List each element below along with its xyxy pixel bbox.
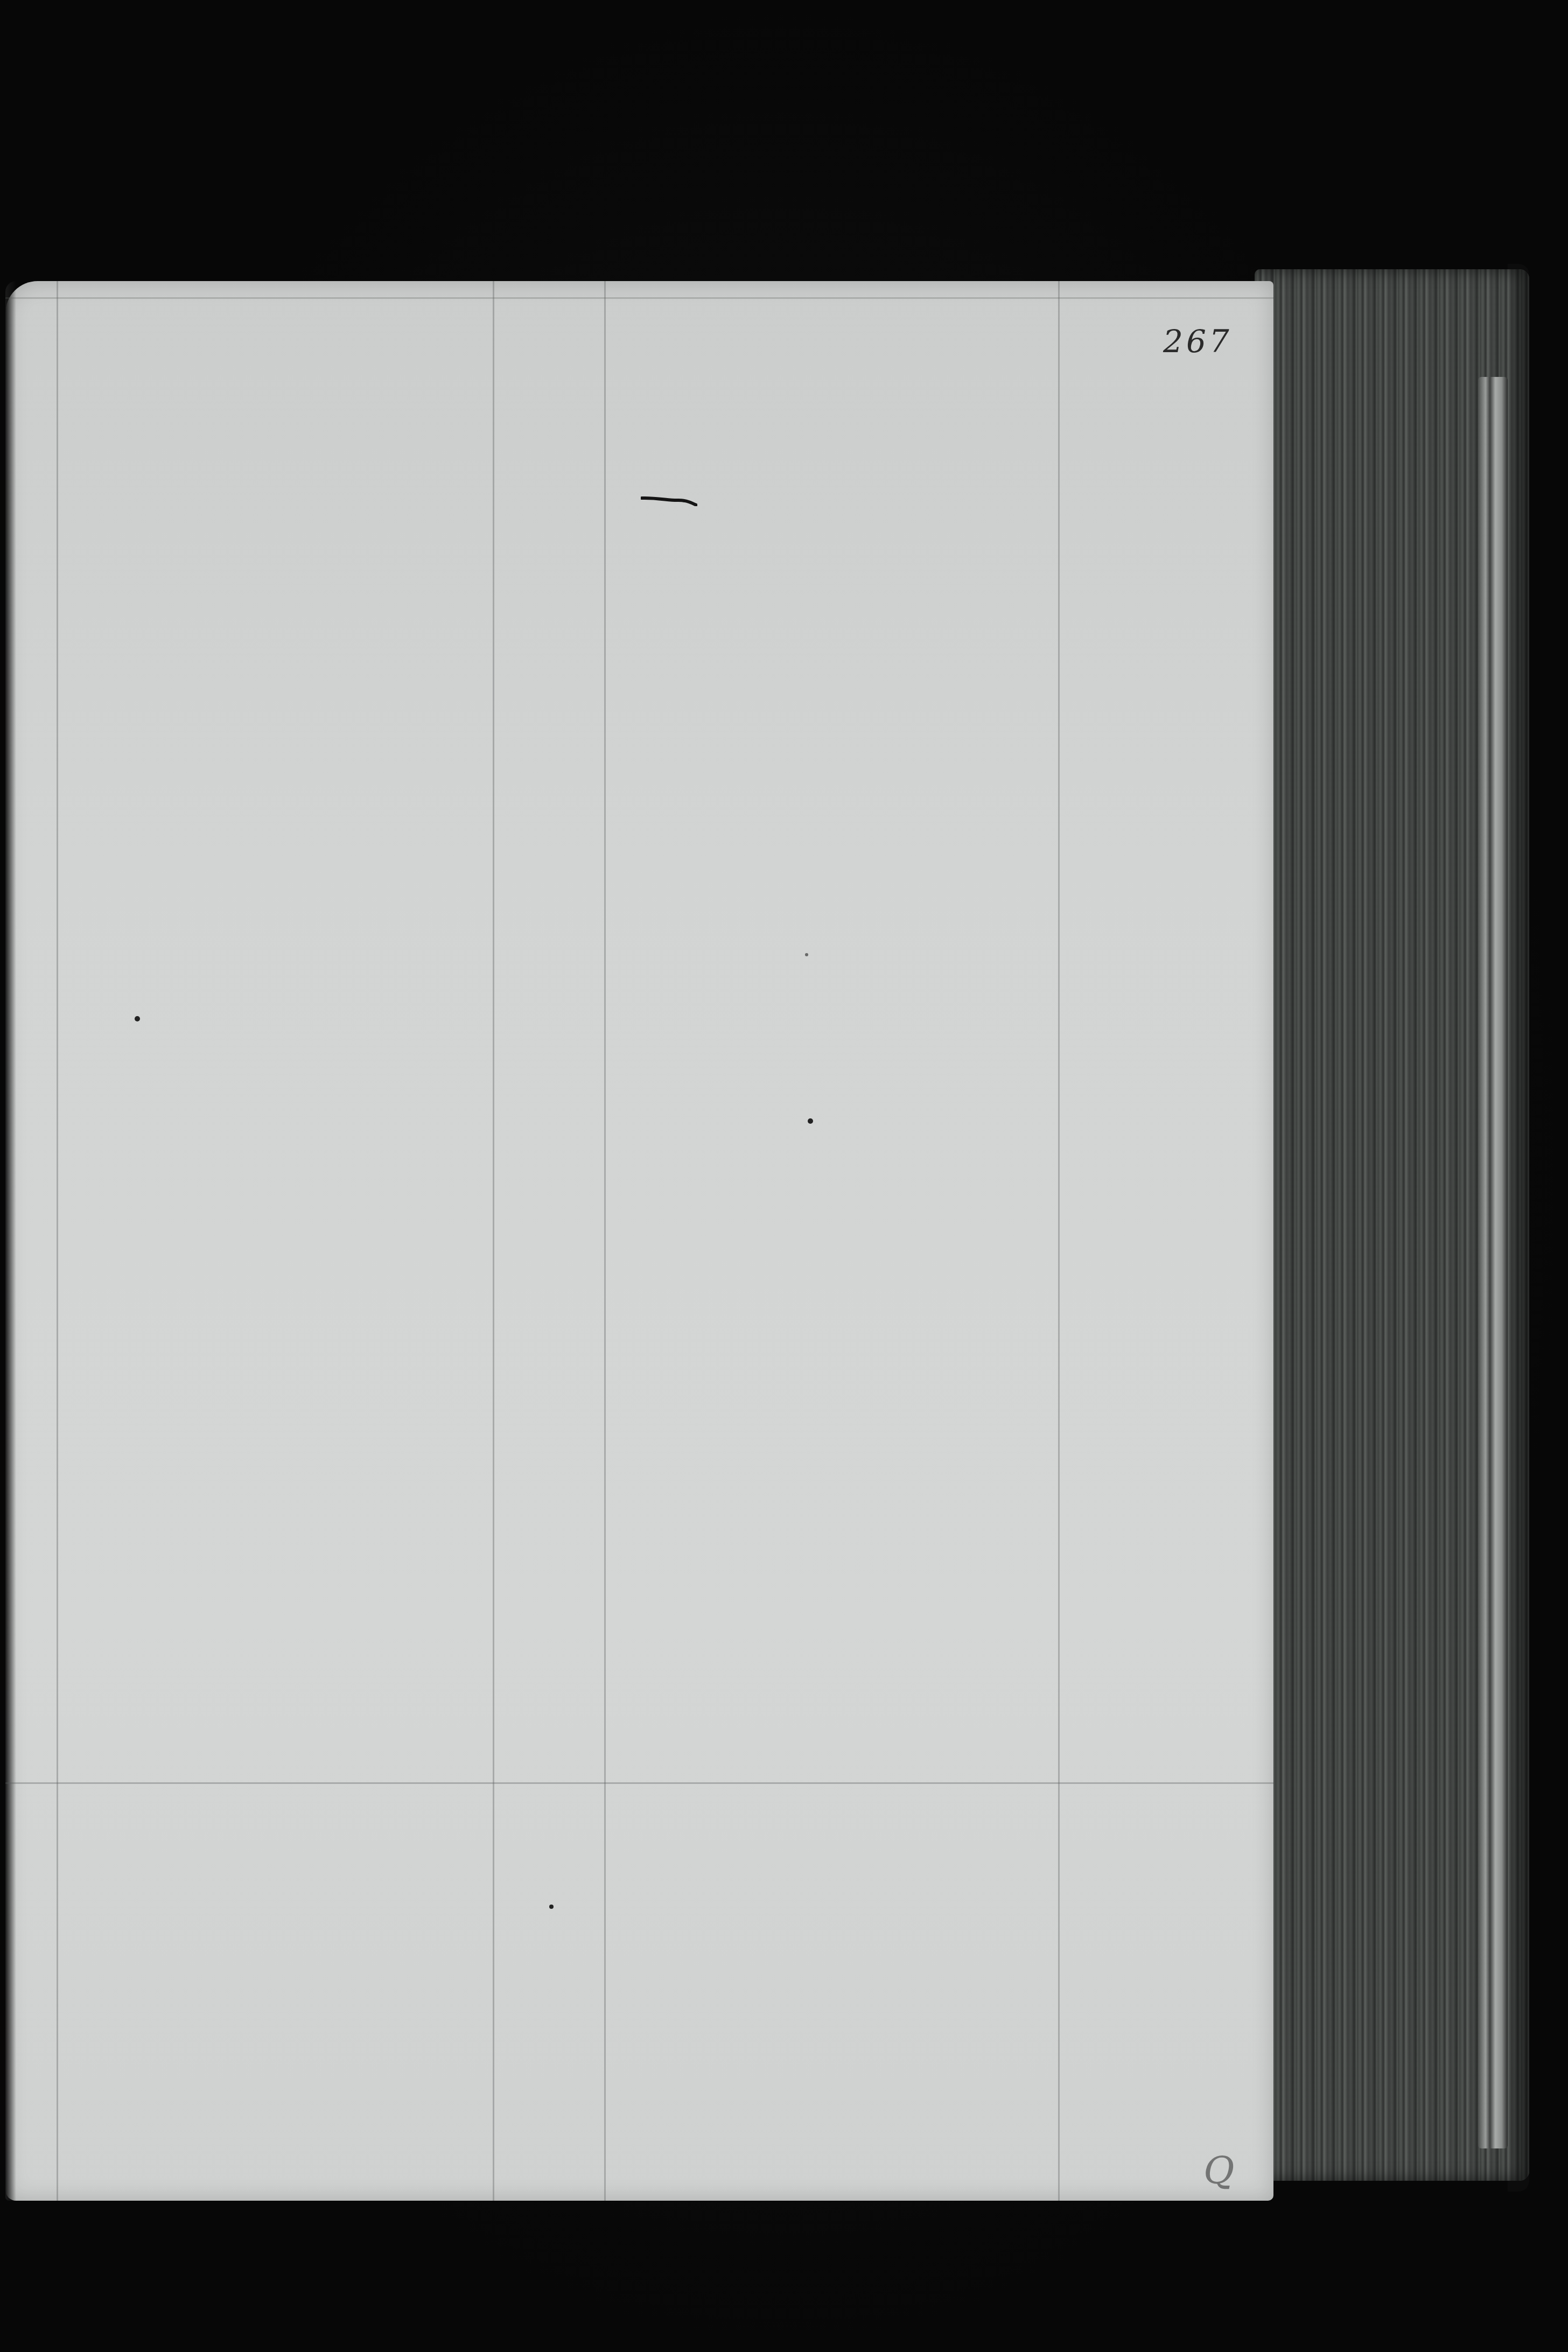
- ink-speck: [805, 953, 808, 956]
- ink-speck: [135, 1016, 140, 1021]
- ledger-page: [5, 281, 1273, 2201]
- corner-pencil-mark: Q: [1203, 2148, 1234, 2193]
- book-page-edges: [1255, 269, 1529, 2181]
- ink-speck: [549, 1905, 554, 1909]
- column-rule-3: [1058, 281, 1060, 2201]
- column-rule-1: [493, 281, 494, 2201]
- column-rule-2: [604, 281, 606, 2201]
- column-rule-left-margin: [57, 281, 58, 2201]
- folio-number: 267: [1163, 323, 1233, 360]
- header-rule: [5, 297, 1273, 299]
- footer-rule: [5, 1782, 1273, 1784]
- pen-stroke-mark: [641, 495, 697, 506]
- ink-speck: [808, 1118, 813, 1124]
